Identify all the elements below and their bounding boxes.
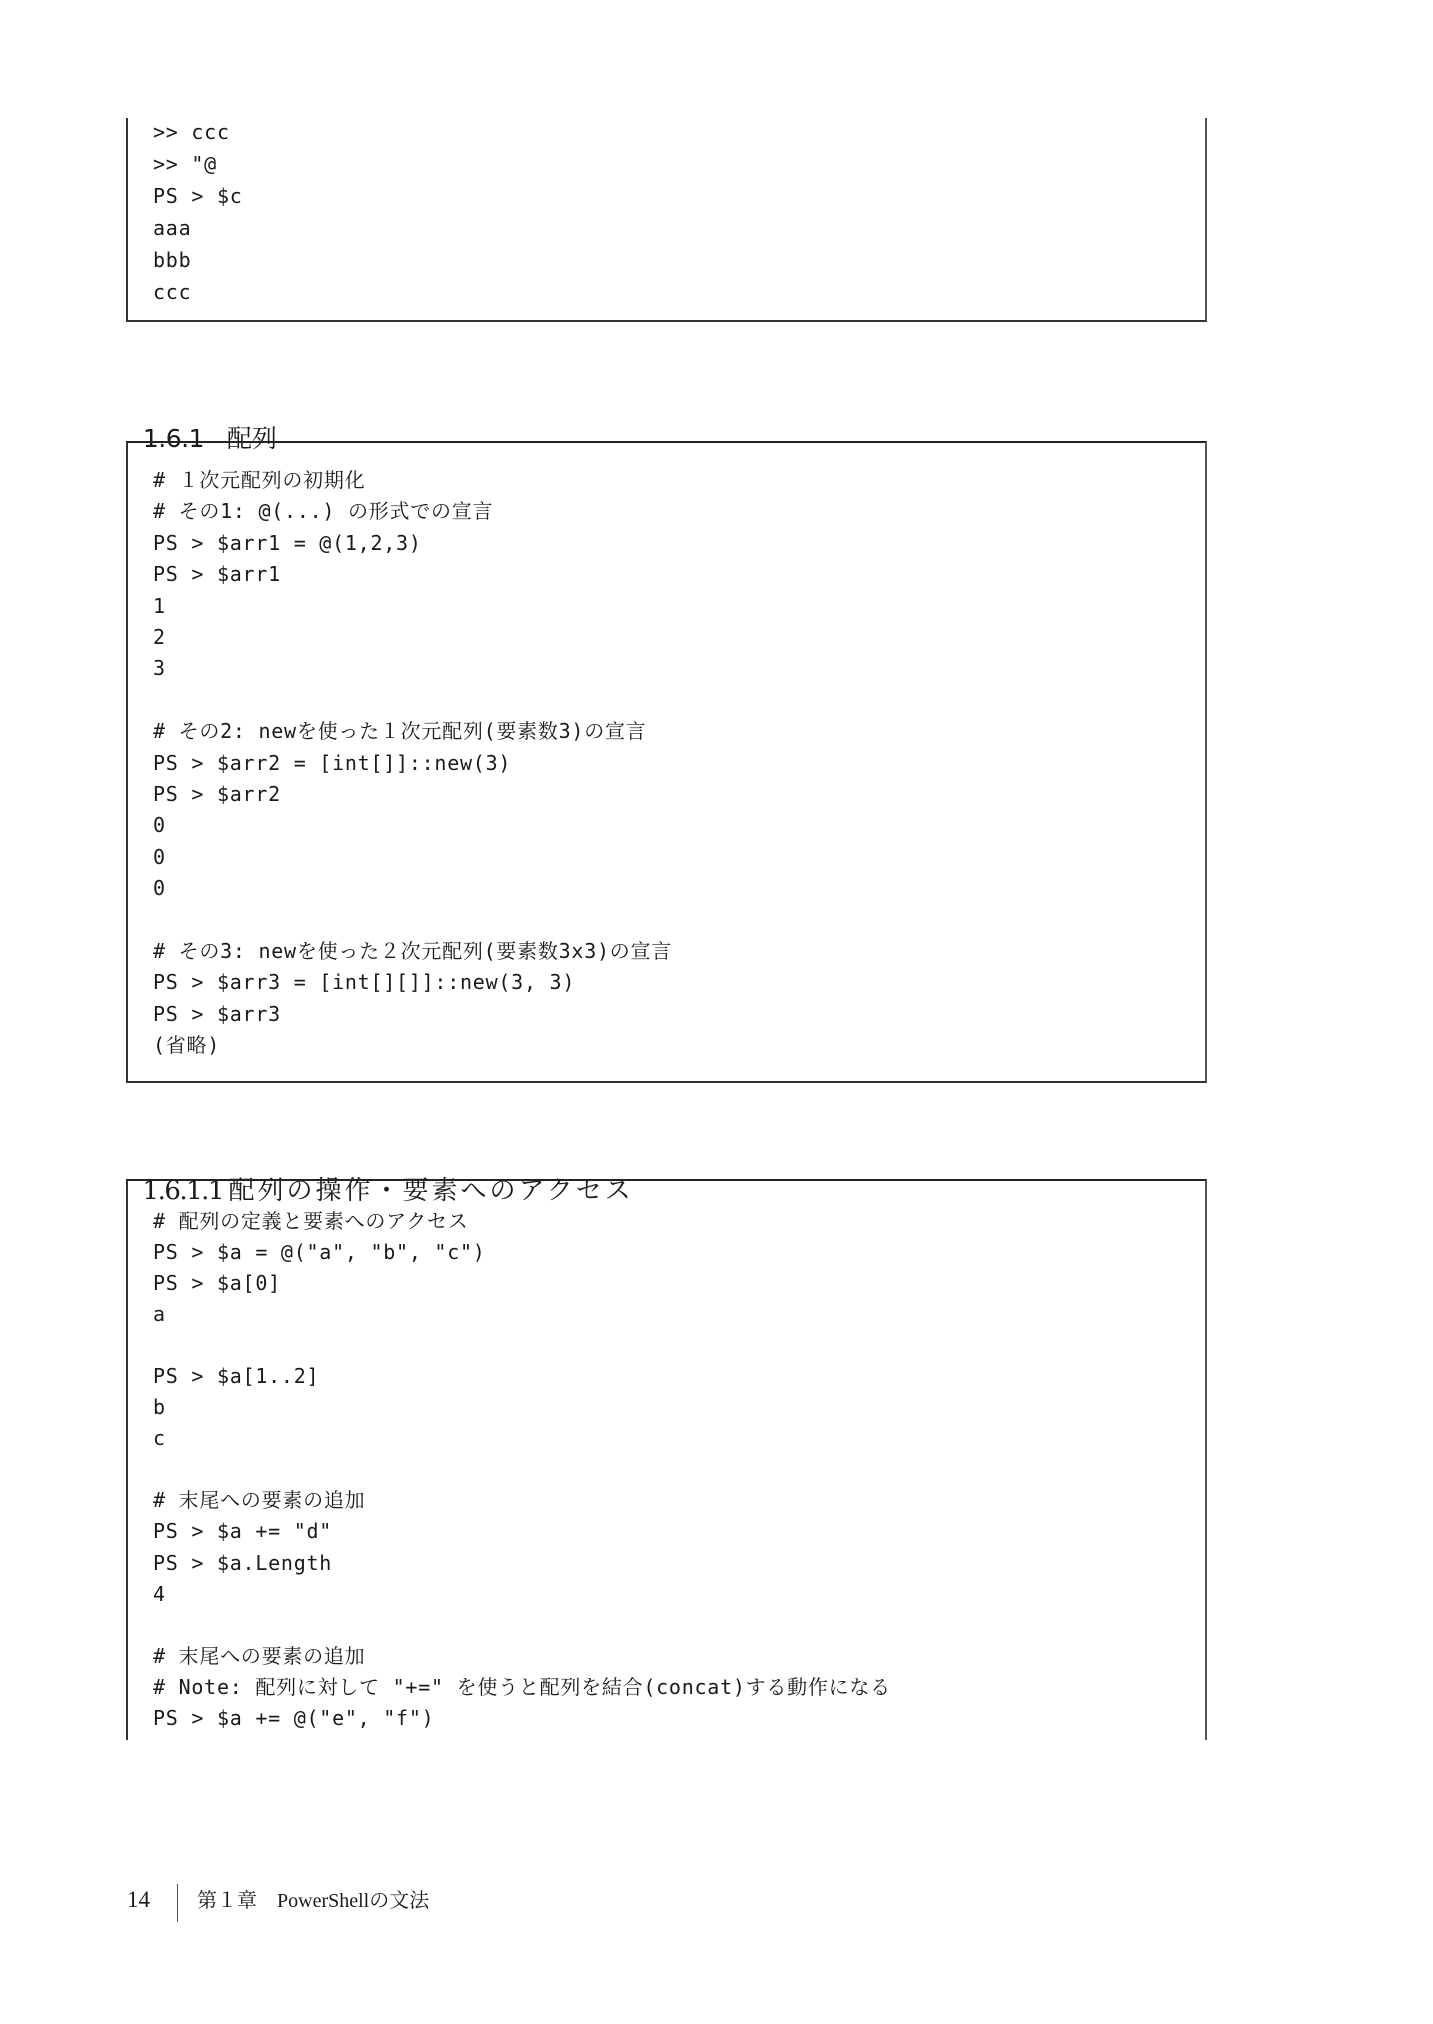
code-line: PS > $a += @("e", "f") xyxy=(153,1703,891,1734)
code-line: PS > $a += "d" xyxy=(153,1516,891,1547)
code-line: # Note: 配列に対して "+=" を使うと配列を結合(concat)する動… xyxy=(153,1672,891,1703)
code-line xyxy=(153,685,672,716)
code-line: # 配列の定義と要素へのアクセス xyxy=(153,1206,891,1237)
chapter-title: 第１章 PowerShellの文法 xyxy=(197,1887,429,1915)
code-line: PS > $a.Length xyxy=(153,1548,891,1579)
code-line: # その3: newを使った２次元配列(要素数3x3)の宣言 xyxy=(153,936,672,967)
code-line: PS > $arr1 xyxy=(153,559,672,590)
code-line: bbb xyxy=(153,244,243,276)
code-block-1: >> ccc >> "@ PS > $c aaa bbb ccc xyxy=(126,118,1207,322)
code-line: PS > $a = @("a", "b", "c") xyxy=(153,1237,891,1268)
code-line: >> "@ xyxy=(153,148,243,180)
code-block-3-lines: # 配列の定義と要素へのアクセス PS > $a = @("a", "b", "… xyxy=(153,1206,891,1734)
code-line: PS > $arr2 xyxy=(153,779,672,810)
code-line: 3 xyxy=(153,653,672,684)
code-line: 4 xyxy=(153,1579,891,1610)
code-block-2-lines: # １次元配列の初期化 # その1: @(...) の形式での宣言 PS > $… xyxy=(153,465,672,1061)
code-line: aaa xyxy=(153,212,243,244)
code-line xyxy=(153,1330,891,1361)
code-block-3: # 配列の定義と要素へのアクセス PS > $a = @("a", "b", "… xyxy=(126,1179,1207,1740)
code-line: 1 xyxy=(153,591,672,622)
code-line: ccc xyxy=(153,276,243,308)
page-number: 14 xyxy=(127,1886,150,1914)
code-line: # その2: newを使った１次元配列(要素数3)の宣言 xyxy=(153,716,672,747)
code-line xyxy=(153,904,672,935)
code-line: # １次元配列の初期化 xyxy=(153,465,672,496)
code-line: PS > $a[0] xyxy=(153,1268,891,1299)
code-line: # 末尾への要素の追加 xyxy=(153,1641,891,1672)
code-line: PS > $arr3 xyxy=(153,999,672,1030)
code-line: PS > $c xyxy=(153,180,243,212)
code-line: a xyxy=(153,1299,891,1330)
code-line: PS > $arr1 = @(1,2,3) xyxy=(153,528,672,559)
code-line: PS > $arr3 = [int[][]]::new(3, 3) xyxy=(153,967,672,998)
code-line: 0 xyxy=(153,873,672,904)
code-line: 0 xyxy=(153,842,672,873)
code-line: # 末尾への要素の追加 xyxy=(153,1485,891,1516)
code-line xyxy=(153,1454,891,1485)
code-line: 2 xyxy=(153,622,672,653)
code-line: (省略) xyxy=(153,1030,672,1061)
code-block-1-lines: >> ccc >> "@ PS > $c aaa bbb ccc xyxy=(153,116,243,308)
code-line: PS > $a[1..2] xyxy=(153,1361,891,1392)
code-line: PS > $arr2 = [int[]]::new(3) xyxy=(153,748,672,779)
code-line: c xyxy=(153,1423,891,1454)
code-line: b xyxy=(153,1392,891,1423)
code-block-2: # １次元配列の初期化 # その1: @(...) の形式での宣言 PS > $… xyxy=(126,441,1207,1083)
code-line: >> ccc xyxy=(153,116,243,148)
footer-divider xyxy=(177,1884,178,1922)
code-line: # その1: @(...) の形式での宣言 xyxy=(153,496,672,527)
code-line: 0 xyxy=(153,810,672,841)
code-line xyxy=(153,1610,891,1641)
